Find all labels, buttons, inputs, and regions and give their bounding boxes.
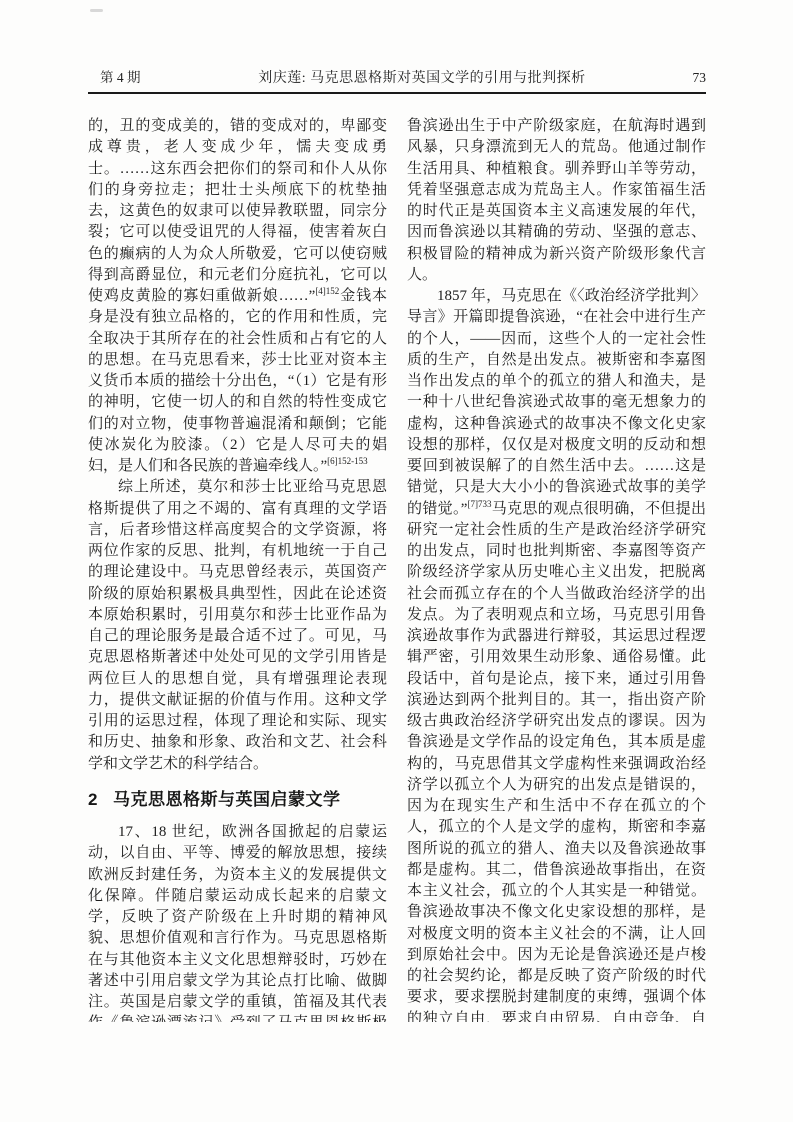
critique-analysis-text: 马克思的观点很明确，不但提出研究一定社会性质的生产是政治经济学研究的出发点，同时… [407,501,706,1023]
marx-quote-text: 1857 年，马克思在《〈政治经济学批判〉导言》开篇即提鲁滨逊，“在社会中进行生… [407,288,706,517]
header-page-number: 73 [646,70,706,86]
money-analysis-text: 金钱本身是没有独立品格的，它的作用和性质，完全取决于其所存在的社会性质和占有它的… [88,288,387,474]
header-issue-label: 第 4 期 [88,66,198,86]
paragraph-shakespeare-quote: 的，丑的变成美的，错的变成对的，卑鄙变成尊贵，老人变成少年，懦夫变成勇士。……这… [88,116,387,477]
section-title: 马克思恩格斯与英国启蒙文学 [113,790,341,809]
paragraph-robinson-story: 鲁滨逊出生于中产阶级家庭，在航海时遇到风暴，只身漂流到无人的荒岛。他通过制作生活… [407,116,706,286]
column-left: 的，丑的变成美的，错的变成对的，卑鄙变成尊贵，老人变成少年，懦夫变成勇士。……这… [88,116,387,1022]
paragraph-marx-critique: 1857 年，马克思在《〈政治经济学批判〉导言》开篇即提鲁滨逊，“在社会中进行生… [407,286,706,1022]
paragraph-summary: 综上所述，莫尔和莎士比亚给马克思恩格斯提供了用之不竭的、富有真理的文学语言，后者… [88,477,387,775]
header-rule [88,92,706,94]
page-header: 第 4 期 刘庆莲: 马克思恩格斯对英国文学的引用与批判探析 73 [88,66,706,87]
section-heading: 2马克思恩格斯与英国启蒙文学 [88,789,387,810]
quote-money-text: 的，丑的变成美的，错的变成对的，卑鄙变成尊贵，老人变成少年，懦夫变成勇士。……这… [88,118,387,304]
document-page: 第 4 期 刘庆莲: 马克思恩格斯对英国文学的引用与批判探析 73 的，丑的变成… [0,0,793,1122]
section-number: 2 [88,790,98,809]
header-running-title: 刘庆莲: 马克思恩格斯对英国文学的引用与批判探析 [198,67,646,87]
column-right: 鲁滨逊出生于中产阶级家庭，在航海时遇到风暴，只身漂流到无人的荒岛。他通过制作生活… [407,116,706,1022]
citation-ref-4: [4]152 [315,286,339,296]
citation-ref-7: [7]733 [467,499,491,509]
paragraph-enlightenment: 17、18 世纪，欧洲各国掀起的启蒙运动，以自由、平等、博爱的解放思想，接续欧洲… [88,822,387,1022]
scan-artifact-mark [90,9,103,12]
citation-ref-6: [6]152-153 [327,456,368,466]
